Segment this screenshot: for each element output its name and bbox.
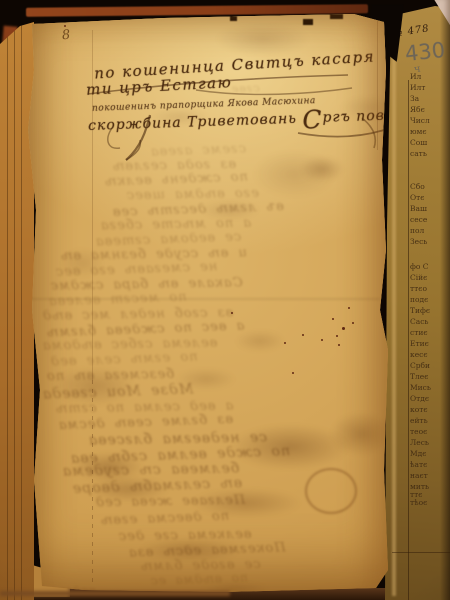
ink-speck	[342, 327, 345, 330]
next-page-text-fragment: Сась	[410, 317, 450, 326]
ink-speck	[231, 312, 233, 314]
next-page-text-fragment: Тифє	[410, 306, 450, 315]
next-page-text-fragment: Ябє	[410, 105, 450, 114]
ink-speck	[321, 339, 323, 341]
next-page-edge: № 478 430 ч ИлИлтЗаЯбєЧислюмєСошсатьСбоО…	[385, 6, 450, 600]
next-page-text-fragment: Мись	[410, 383, 450, 392]
page-edge-crease	[21, 14, 22, 600]
page-stack-left-edges	[0, 14, 34, 600]
next-page-text-fragment: юмє	[410, 127, 450, 136]
next-page-text-fragment: Ил	[410, 72, 450, 81]
next-page-text-fragment: Числ	[410, 116, 450, 125]
next-page-text-fragment: Отє	[410, 193, 450, 202]
ink-stain	[138, 538, 242, 562]
bottom-page-edge-sliver	[0, 591, 230, 596]
torn-edge-speck	[230, 16, 237, 21]
ink-stain	[176, 368, 236, 390]
ink-stain	[235, 330, 285, 352]
ink-speck	[332, 318, 334, 320]
manuscript-page: 8 по кошенинца Свитцъ касаря ти цръ Естг…	[24, 10, 392, 596]
next-page-text-fragment: Зесь	[410, 237, 450, 246]
ink-speck	[292, 372, 294, 374]
ink-speck	[64, 25, 66, 27]
next-page-text-fragment: Тлеє	[410, 372, 450, 381]
next-page-text-fragment: За	[410, 94, 450, 103]
ink-stain	[150, 108, 210, 126]
next-page-text-fragment: Сбо	[410, 182, 450, 191]
next-page-text-fragment: тѣоє	[410, 498, 450, 507]
next-page-text-fragment: Лесь	[410, 438, 450, 447]
next-page-text-fragment: Етиє	[410, 339, 450, 348]
next-page-text-fragment: кесє	[410, 350, 450, 359]
torn-edge-speck	[303, 19, 313, 25]
ink-speck	[352, 322, 354, 324]
next-page-text-fragment: стиє	[410, 328, 450, 337]
photo-of-manuscript: № 478 430 ч ИлИлтЗаЯбєЧислюмєСошсатьСбоО…	[0, 0, 450, 600]
next-page-text-fragment: наєт	[410, 471, 450, 480]
ink-stain	[86, 476, 170, 502]
page-content-layer: 8 по кошенинца Свитцъ касаря ти цръ Естг…	[0, 0, 450, 600]
next-page-text-fragment: Сійє	[410, 273, 450, 282]
next-page-text-fragment: Срби	[410, 361, 450, 370]
ink-stain	[60, 248, 104, 278]
ink-stain	[190, 488, 302, 518]
next-page-text-fragment: сесе	[410, 215, 450, 224]
next-page-text-fragment: котє	[410, 405, 450, 414]
page-edge-crease	[7, 14, 8, 600]
next-page-text-fragment: сать	[410, 149, 450, 158]
next-page-text-fragment: Мдє	[410, 449, 450, 458]
ink-stain	[215, 22, 310, 56]
ink-stain	[52, 366, 136, 406]
archive-number-pencil: 430	[404, 38, 446, 66]
next-page-lit-edge	[392, 10, 396, 596]
ink-speck	[284, 342, 286, 344]
ink-speck	[338, 344, 340, 346]
ink-stain	[200, 200, 260, 220]
bleedthrough-line: сгве	[231, 82, 260, 96]
ink-loop-mark	[305, 468, 357, 514]
ink-speck	[302, 334, 304, 336]
next-page-text-fragment: Сош	[410, 138, 450, 147]
next-page-text-fragment: теоє	[410, 427, 450, 436]
ink-speck	[336, 335, 338, 337]
next-page-margin-rule	[408, 80, 409, 600]
ink-speck	[348, 307, 350, 309]
next-page-text-fragment: Отдє	[410, 394, 450, 403]
next-page-text-fragment: фо С	[410, 262, 450, 271]
next-page-text-fragment: ейть	[410, 416, 450, 425]
page-edge-crease	[14, 14, 15, 600]
next-page-text-fragment: ттєо	[410, 284, 450, 293]
next-page-text-fragment: Ваш	[410, 204, 450, 213]
next-page-text-fragment: ѣатє	[410, 460, 450, 469]
ink-stain	[230, 424, 350, 470]
ink-stain	[300, 156, 344, 182]
next-page-text-fragment: подє	[410, 295, 450, 304]
next-page-text-fragment: пол	[410, 226, 450, 235]
next-page-text-fragment: Илт	[410, 83, 450, 92]
next-page-horizontal-line	[392, 552, 450, 553]
